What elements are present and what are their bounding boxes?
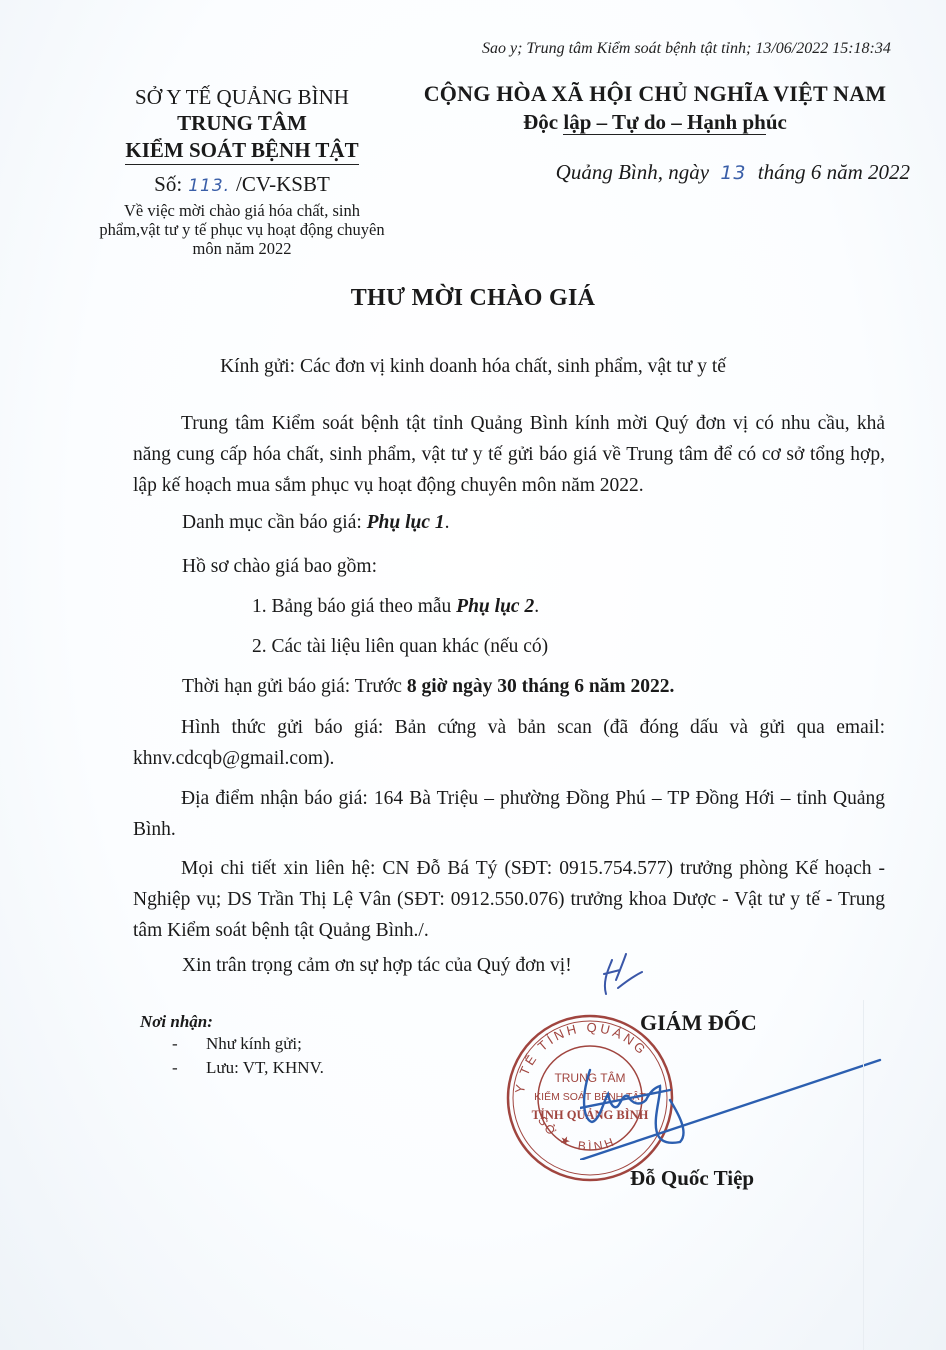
deadline-value: 8 giờ ngày 30 tháng 6 năm 2022.: [407, 676, 675, 697]
document-number: Số:113./CV-KSBT: [92, 171, 392, 199]
handwritten-day: 13: [720, 162, 746, 184]
copy-certification-note: Sao y; Trung tâm Kiểm soát bệnh tật tỉnh…: [482, 40, 891, 58]
country-name: CỘNG HÒA XÃ HỘI CHỦ NGHĨA VIỆT NAM: [400, 80, 910, 108]
initial-signature-icon: [598, 950, 646, 1000]
closing-thanks: Xin trân trọng cảm ơn sự hợp tác của Quý…: [182, 955, 572, 977]
national-motto: Độc lập – Tự do – Hạnh phúc: [400, 108, 910, 136]
recipient-item: -Lưu: VT, KHNV.: [172, 1056, 324, 1080]
agency-line-2: KIỂM SOÁT BỆNH TẬT: [125, 136, 358, 165]
contact-paragraph: Mọi chi tiết xin liên hệ: CN Đỗ Bá Tý (S…: [133, 853, 885, 946]
director-signature-icon: [580, 1040, 910, 1160]
signer-name: Đỗ Quốc Tiệp: [630, 1166, 754, 1191]
recipients-block: Nơi nhận: -Như kính gửi; -Lưu: VT, KHNV.: [140, 1012, 324, 1080]
scan-artifact-line: [863, 1000, 864, 1350]
recipients-heading: Nơi nhận:: [140, 1012, 324, 1032]
recipient-item: -Như kính gửi;: [172, 1032, 324, 1056]
handwritten-number: 113.: [188, 176, 230, 196]
national-header: CỘNG HÒA XÃ HỘI CHỦ NGHĨA VIỆT NAM Độc l…: [400, 80, 910, 136]
parent-agency: SỞ Y TẾ QUẢNG BÌNH: [92, 84, 392, 110]
appendix-1-ref: Phụ lục 1: [367, 512, 445, 533]
document-page: Sao y; Trung tâm Kiểm soát bệnh tật tỉnh…: [0, 0, 946, 1350]
intro-paragraph: Trung tâm Kiểm soát bệnh tật tỉnh Quảng …: [133, 408, 885, 501]
document-subject: Về việc mời chào giá hóa chất, sinh phẩm…: [92, 201, 392, 258]
document-title: THƯ MỜI CHÀO GIÁ: [0, 285, 946, 312]
dossier-heading: Hồ sơ chào giá bao gồm:: [182, 556, 377, 578]
catalog-line: Danh mục cần báo giá: Phụ lục 1.: [182, 512, 450, 534]
dossier-item: 2. Các tài liệu liên quan khác (nếu có): [252, 636, 548, 658]
deadline-line: Thời hạn gửi báo giá: Trước 8 giờ ngày 3…: [182, 676, 674, 698]
agency-line-1: TRUNG TÂM: [92, 110, 392, 136]
place-date: Quảng Bình, ngày 13 tháng 6 năm 2022: [520, 160, 910, 185]
issuing-agency-header: SỞ Y TẾ QUẢNG BÌNH TRUNG TÂM KIỂM SOÁT B…: [92, 84, 392, 258]
submission-method: Hình thức gửi báo giá: Bản cứng và bản s…: [133, 712, 885, 774]
appendix-2-ref: Phụ lục 2: [456, 596, 534, 617]
signer-position: GIÁM ĐỐC: [640, 1010, 757, 1036]
submission-address: Địa điểm nhận báo giá: 164 Bà Triệu – ph…: [133, 783, 885, 845]
salutation: Kính gửi: Các đơn vị kinh doanh hóa chất…: [0, 356, 946, 378]
dossier-item: 1. Bảng báo giá theo mẫu Phụ lục 2.: [252, 596, 539, 618]
